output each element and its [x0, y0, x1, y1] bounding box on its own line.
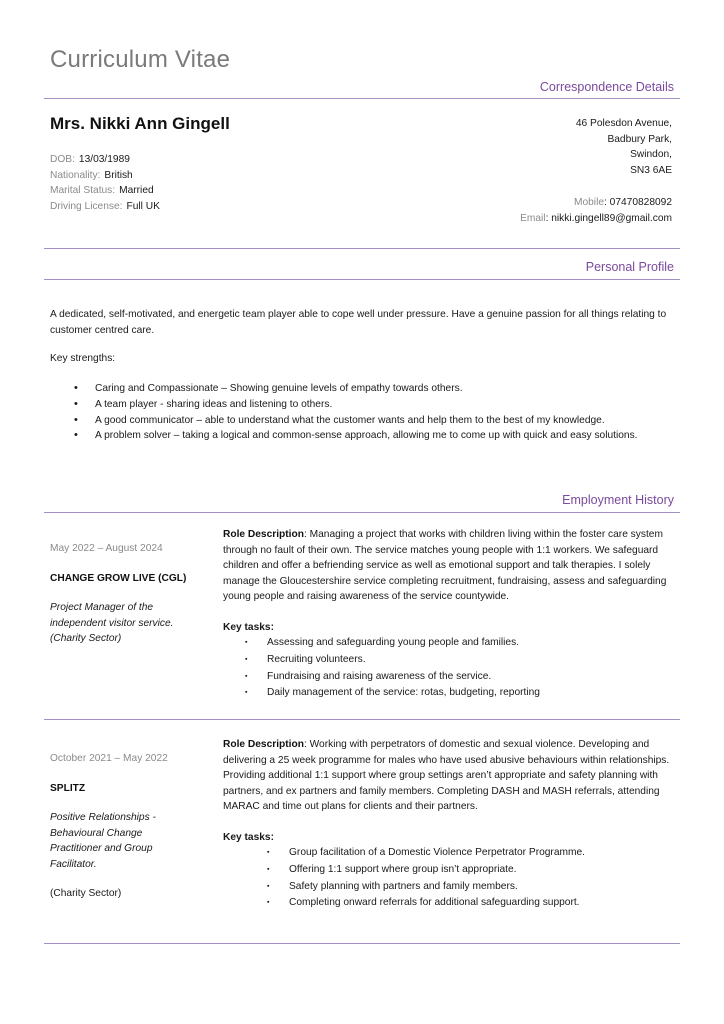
document-title: Curriculum Vitae	[50, 46, 230, 74]
detail-driving-license: Driving License:Full UK	[50, 199, 160, 215]
job-summary: October 2021 – May 2022 SPLITZ Positive …	[50, 751, 210, 902]
section-divider	[44, 98, 680, 99]
job-divider	[44, 943, 680, 944]
list-item: Fundraising and raising awareness of the…	[223, 669, 678, 686]
profile-summary: A dedicated, self-motivated, and energet…	[50, 307, 670, 338]
key-tasks-label: Key tasks:	[223, 620, 678, 636]
list-item: Caring and Compassionate – Showing genui…	[50, 381, 690, 397]
job-dates: October 2021 – May 2022	[50, 751, 210, 767]
list-item: A good communicator – able to understand…	[50, 413, 690, 429]
mobile-line: Mobile: 07470828092	[520, 195, 672, 211]
list-item: A problem solver – taking a logical and …	[50, 428, 690, 444]
list-item: Assessing and safeguarding young people …	[223, 635, 678, 652]
address-block: 46 Polesdon Avenue, Badbury Park, Swindo…	[576, 116, 672, 178]
job-divider	[44, 719, 680, 720]
list-item: Recruiting volunteers.	[223, 652, 678, 669]
list-item: Safety planning with partners and family…	[223, 879, 678, 896]
address-line: Badbury Park,	[576, 132, 672, 148]
section-divider	[44, 512, 680, 513]
address-line: 46 Polesdon Avenue,	[576, 116, 672, 132]
job-role: Positive Relationships - Behavioural Cha…	[50, 810, 190, 872]
email-line: Email: nikki.gingell89@gmail.com	[520, 211, 672, 227]
section-divider	[44, 279, 680, 280]
mobile-number[interactable]: 07470828092	[610, 197, 672, 208]
role-description: Role Description: Managing a project tha…	[223, 527, 678, 605]
address-line: SN3 6AE	[576, 163, 672, 179]
role-description: Role Description: Working with perpetrat…	[223, 737, 678, 815]
list-item: Completing onward referrals for addition…	[223, 895, 678, 912]
email-address[interactable]: nikki.gingell89@gmail.com	[551, 213, 672, 224]
list-item: Daily management of the service: rotas, …	[223, 685, 678, 702]
list-item: Offering 1:1 support where group isn’t a…	[223, 862, 678, 879]
detail-nationality: Nationality:British	[50, 168, 160, 184]
personal-details: DOB:13/03/1989 Nationality:British Marit…	[50, 152, 160, 214]
list-item: Group facilitation of a Domestic Violenc…	[223, 845, 678, 862]
job-organisation: SPLITZ	[50, 781, 210, 797]
key-strengths-list: Caring and Compassionate – Showing genui…	[50, 381, 690, 444]
detail-dob: DOB:13/03/1989	[50, 152, 160, 168]
correspondence-heading: Correspondence Details	[540, 80, 674, 94]
detail-marital-status: Marital Status:Married	[50, 183, 160, 199]
job-organisation: CHANGE GROW LIVE (CGL)	[50, 571, 210, 587]
profile-heading: Personal Profile	[586, 260, 674, 274]
job-summary: May 2022 – August 2024 CHANGE GROW LIVE …	[50, 541, 210, 647]
key-tasks-label: Key tasks:	[223, 830, 678, 846]
employment-heading: Employment History	[562, 493, 674, 507]
job-dates: May 2022 – August 2024	[50, 541, 210, 557]
job-sector: (Charity Sector)	[50, 886, 210, 902]
job-role: Project Manager of the independent visit…	[50, 600, 200, 647]
job-details: Role Description: Managing a project tha…	[223, 527, 678, 702]
section-divider	[44, 248, 680, 249]
contact-block: Mobile: 07470828092 Email: nikki.gingell…	[520, 195, 672, 226]
candidate-name: Mrs. Nikki Ann Gingell	[50, 114, 230, 134]
address-line: Swindon,	[576, 147, 672, 163]
job-details: Role Description: Working with perpetrat…	[223, 737, 678, 912]
list-item: A team player - sharing ideas and listen…	[50, 397, 690, 413]
key-strengths-label: Key strengths:	[50, 351, 670, 367]
